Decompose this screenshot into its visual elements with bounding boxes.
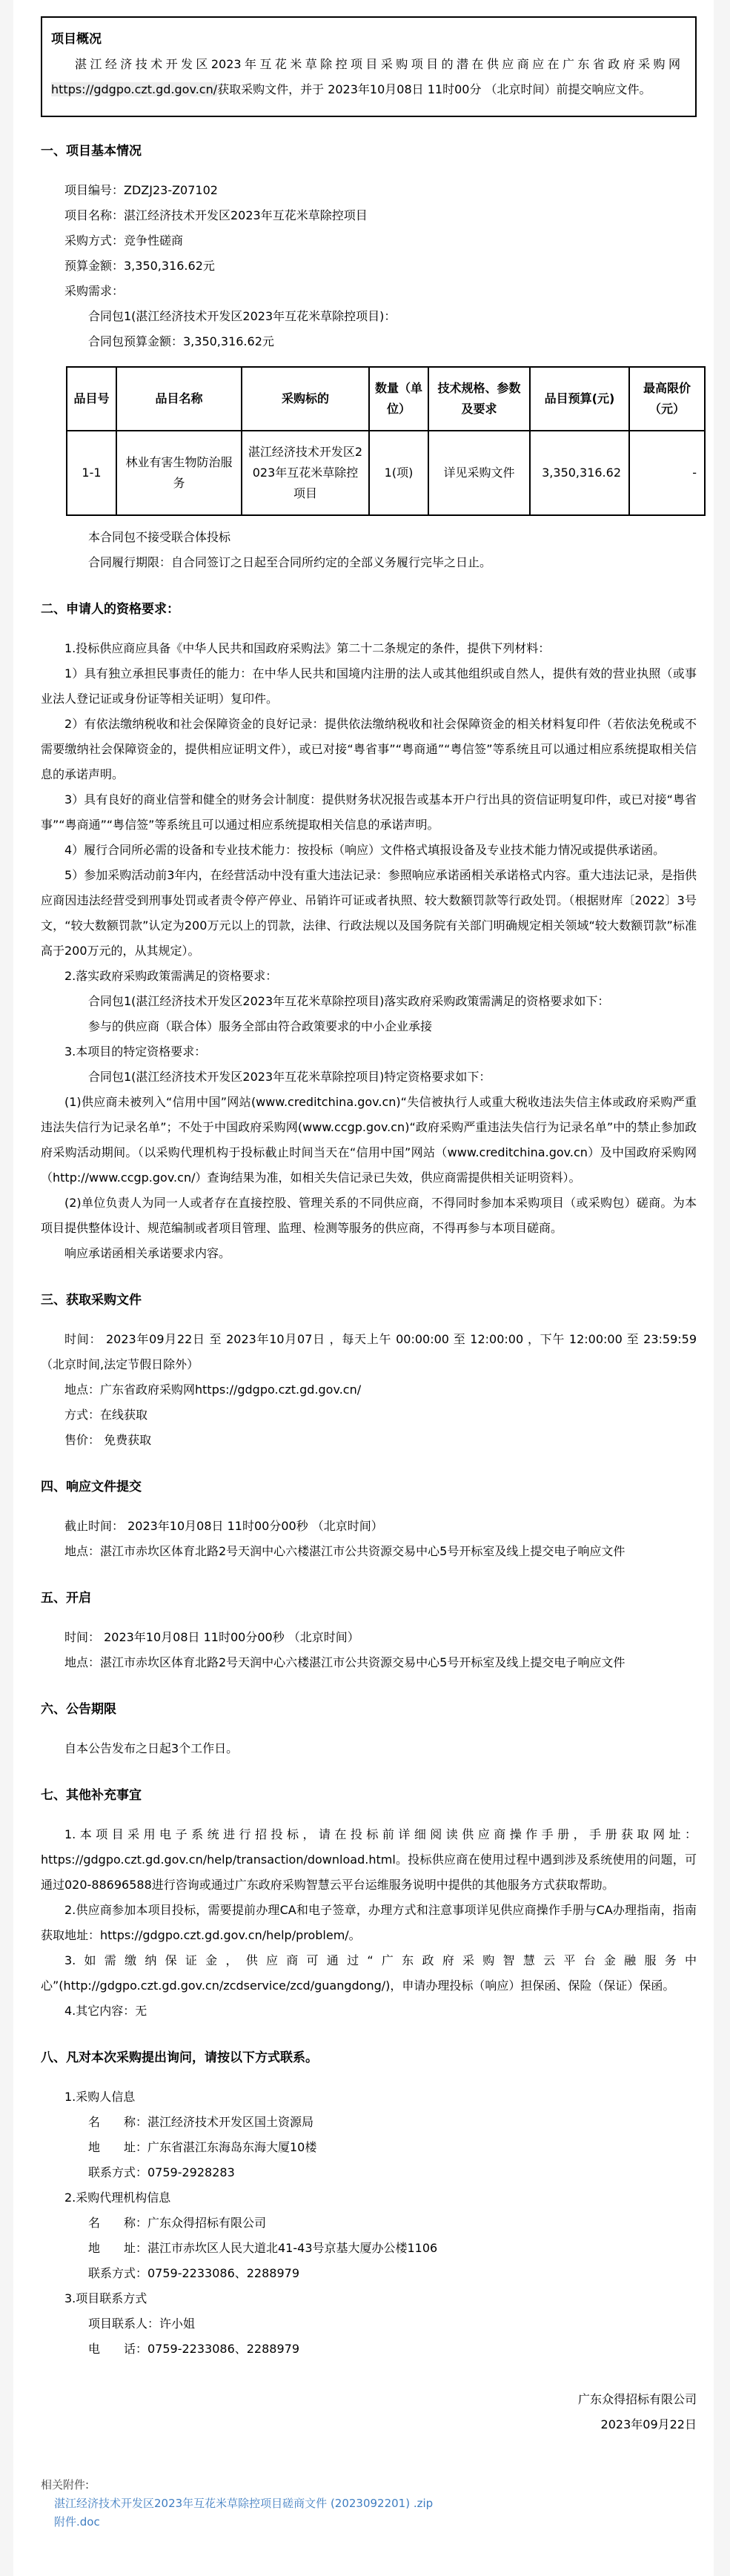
- procurement-method: 采购方式：竞争性磋商: [41, 228, 697, 254]
- qualification-para: 5）参加采购活动前3年内，在经营活动中没有重大违法记录：参照响应承诺函相关承诺格…: [41, 863, 697, 964]
- contract-package-line: 合同包1(湛江经济技术开发区2023年互花米草除控项目)：: [41, 304, 697, 329]
- agent-info-title: 2.采购代理机构信息: [41, 2185, 697, 2211]
- announcement-document: 项目概况 湛江经济技术开发区2023年互花米草除控项目采购项目的潜在供应商应在广…: [41, 16, 697, 2437]
- section-heading-basic-info: 一、项目基本情况: [41, 139, 697, 163]
- sme-requirement-line: 参与的供应商（联合体）服务全部由符合政策要求的中小企业承接: [41, 1014, 697, 1039]
- submission-place: 地点：湛江市赤坎区体育北路2号天润中心六楼湛江市公共资源交易中心5号开标室及线上…: [41, 1539, 697, 1564]
- specific-requirement-line: 合同包1(湛江经济技术开发区2023年互花米草除控项目)特定资格要求如下：: [41, 1064, 697, 1090]
- cell-item-name: 林业有害生物防治服务: [116, 431, 242, 515]
- opening-place: 地点：湛江市赤坎区体育北路2号天润中心六楼湛江市公共资源交易中心5号开标室及线上…: [41, 1650, 697, 1675]
- attachments-label: 相关附件:: [41, 2476, 697, 2494]
- submission-deadline: 截止时间： 2023年10月08日 11时00分00秒 （北京时间）: [41, 1514, 697, 1539]
- table-row: 1-1 林业有害生物防治服务 湛江经济技术开发区2023年互花米草除控项目 1(…: [67, 431, 705, 515]
- agent-name: 名 称：广东众得招标有限公司: [41, 2211, 697, 2236]
- no-consortium-note: 本合同包不接受联合体投标: [41, 525, 697, 550]
- project-contact-title: 3.项目联系方式: [41, 2286, 697, 2311]
- header-spec: 技术规格、参数及要求: [428, 367, 530, 431]
- attachment-link-doc[interactable]: 附件.doc: [54, 2513, 697, 2532]
- attachment-link-zip[interactable]: 湛江经济技术开发区2023年互花米草除控项目磋商文件 (2023092201) …: [54, 2494, 697, 2513]
- cell-item-budget: 3,350,316.62: [530, 431, 629, 515]
- supplementary-item: 4.其它内容：无: [41, 1999, 697, 2024]
- specific-requirement-1: (1)供应商未被列入“信用中国”网站(www.creditchina.gov.c…: [41, 1090, 697, 1191]
- project-contact-person: 项目联系人：许小姐: [41, 2311, 697, 2337]
- section-heading-contact: 八、凡对本次采购提出询问，请按以下方式联系。: [41, 2046, 697, 2070]
- buyer-info-title: 1.采购人信息: [41, 2085, 697, 2110]
- specific-requirement-label: 3.本项目的特定资格要求：: [41, 1039, 697, 1064]
- supplementary-item: 2.供应商参加本项目投标，需要提前办理CA和电子签章，办理方式和注意事项详见供应…: [41, 1898, 697, 1948]
- announcement-period-body: 自本公告发布之日起3个工作日。: [41, 1736, 697, 1761]
- qualification-para: 4）履行合同所必需的设备和专业技术能力：按投标（响应）文件格式填报设备及专业技术…: [41, 838, 697, 863]
- project-name: 项目名称：湛江经济技术开发区2023年互花米草除控项目: [41, 203, 697, 228]
- agent-phone: 联系方式：0759-2233086、2288979: [41, 2261, 697, 2286]
- procurement-site-url: https://gdgpo.czt.gd.gov.cn/: [51, 82, 217, 96]
- project-overview-box: 项目概况 湛江经济技术开发区2023年互花米草除控项目采购项目的潜在供应商应在广…: [41, 16, 697, 117]
- section-heading-announcement-period: 六、公告期限: [41, 1698, 697, 1721]
- header-item-no: 品目号: [67, 367, 116, 431]
- obtain-price: 售价： 免费获取: [41, 1428, 697, 1453]
- supplementary-item: 3.如需缴纳保证金，供应商可通过“广东政府采购智慧云平台金融服务中心”(http…: [41, 1948, 697, 1999]
- project-number: 项目编号：ZDZJ23-Z07102: [41, 178, 697, 203]
- overview-body-prefix: 湛江经济技术开发区2023年互花米草除控项目采购项目的潜在供应商应在广东省政府采…: [75, 57, 680, 71]
- item-table: 品目号 品目名称 采购标的 数量（单位） 技术规格、参数及要求 品目预算(元) …: [66, 366, 706, 516]
- header-quantity: 数量（单位）: [369, 367, 428, 431]
- qualification-para: 2.落实政府采购政策需满足的资格要求：: [41, 964, 697, 989]
- overview-body: 湛江经济技术开发区2023年互花米草除控项目采购项目的潜在供应商应在广东省政府采…: [51, 52, 680, 102]
- header-subject: 采购标的: [242, 367, 369, 431]
- header-max-price: 最高限价（元）: [629, 367, 705, 431]
- table-header-row: 品目号 品目名称 采购标的 数量（单位） 技术规格、参数及要求 品目预算(元) …: [67, 367, 705, 431]
- attachments-section: 相关附件: 湛江经济技术开发区2023年互花米草除控项目磋商文件 (202309…: [41, 2476, 697, 2532]
- overview-body-suffix: 获取采购文件，并于 2023年10月08日 11时00分 （北京时间）前提交响应…: [217, 82, 651, 96]
- section-heading-response-submission: 四、响应文件提交: [41, 1475, 697, 1499]
- obtain-method: 方式：在线获取: [41, 1403, 697, 1428]
- cell-item-no: 1-1: [67, 431, 116, 515]
- buyer-phone: 联系方式：0759-2928283: [41, 2160, 697, 2185]
- signature-date: 2023年09月22日: [41, 2412, 697, 2437]
- announcement-page: 项目概况 湛江经济技术开发区2023年互花米草除控项目采购项目的潜在供应商应在广…: [13, 0, 714, 2576]
- overview-title: 项目概况: [51, 27, 680, 52]
- contract-period-note: 合同履行期限：自合同签订之日起至合同所约定的全部义务履行完毕之日止。: [41, 550, 697, 575]
- qualification-para: 1.投标供应商应具备《中华人民共和国政府采购法》第二十二条规定的条件，提供下列材…: [41, 636, 697, 661]
- buyer-address: 地 址：广东省湛江东海岛东海大厦10楼: [41, 2135, 697, 2160]
- agent-address: 地 址：湛江市赤坎区人民大道北41-43号京基大厦办公楼1106: [41, 2236, 697, 2261]
- signature-company: 广东众得招标有限公司: [41, 2387, 697, 2412]
- obtain-place: 地点：广东省政府采购网https://gdgpo.czt.gd.gov.cn/: [41, 1377, 697, 1403]
- cell-spec: 详见采购文件: [428, 431, 530, 515]
- specific-requirement-3: 响应承诺函相关承诺要求内容。: [41, 1241, 697, 1266]
- header-item-name: 品目名称: [116, 367, 242, 431]
- contract-package-budget: 合同包预算金额：3,350,316.62元: [41, 329, 697, 354]
- budget-amount: 预算金额：3,350,316.62元: [41, 254, 697, 279]
- cell-quantity: 1(项): [369, 431, 428, 515]
- obtain-time: 时间： 2023年09月22日 至 2023年10月07日 ，每天上午 00:0…: [41, 1327, 697, 1377]
- cell-max-price: -: [629, 431, 705, 515]
- qualification-para: 3）具有良好的商业信誉和健全的财务会计制度：提供财务状况报告或基本开户行出具的资…: [41, 787, 697, 838]
- section-heading-opening: 五、开启: [41, 1586, 697, 1610]
- section-heading-supplementary: 七、其他补充事宜: [41, 1784, 697, 1807]
- section-heading-qualification: 二、申请人的资格要求：: [41, 597, 697, 621]
- header-item-budget: 品目预算(元): [530, 367, 629, 431]
- supplementary-item: 1.本项目采用电子系统进行招投标，请在投标前详细阅读供应商操作手册，手册获取网址…: [41, 1822, 697, 1898]
- procurement-demand-label: 采购需求：: [41, 279, 697, 304]
- buyer-name: 名 称：湛江经济技术开发区国土资源局: [41, 2110, 697, 2135]
- project-contact-phone: 电 话：0759-2233086、2288979: [41, 2337, 697, 2362]
- qualification-para: 1）具有独立承担民事责任的能力：在中华人民共和国境内注册的法人或其他组织或自然人…: [41, 661, 697, 712]
- policy-requirement-line: 合同包1(湛江经济技术开发区2023年互花米草除控项目)落实政府采购政策需满足的…: [41, 989, 697, 1014]
- specific-requirement-2: (2)单位负责人为同一人或者存在直接控股、管理关系的不同供应商，不得同时参加本采…: [41, 1191, 697, 1241]
- section-heading-obtain-documents: 三、获取采购文件: [41, 1288, 697, 1312]
- cell-subject: 湛江经济技术开发区2023年互花米草除控项目: [242, 431, 369, 515]
- qualification-para: 2）有依法缴纳税收和社会保障资金的良好记录：提供依法缴纳税收和社会保障资金的相关…: [41, 712, 697, 787]
- opening-time: 时间： 2023年10月08日 11时00分00秒 （北京时间）: [41, 1625, 697, 1650]
